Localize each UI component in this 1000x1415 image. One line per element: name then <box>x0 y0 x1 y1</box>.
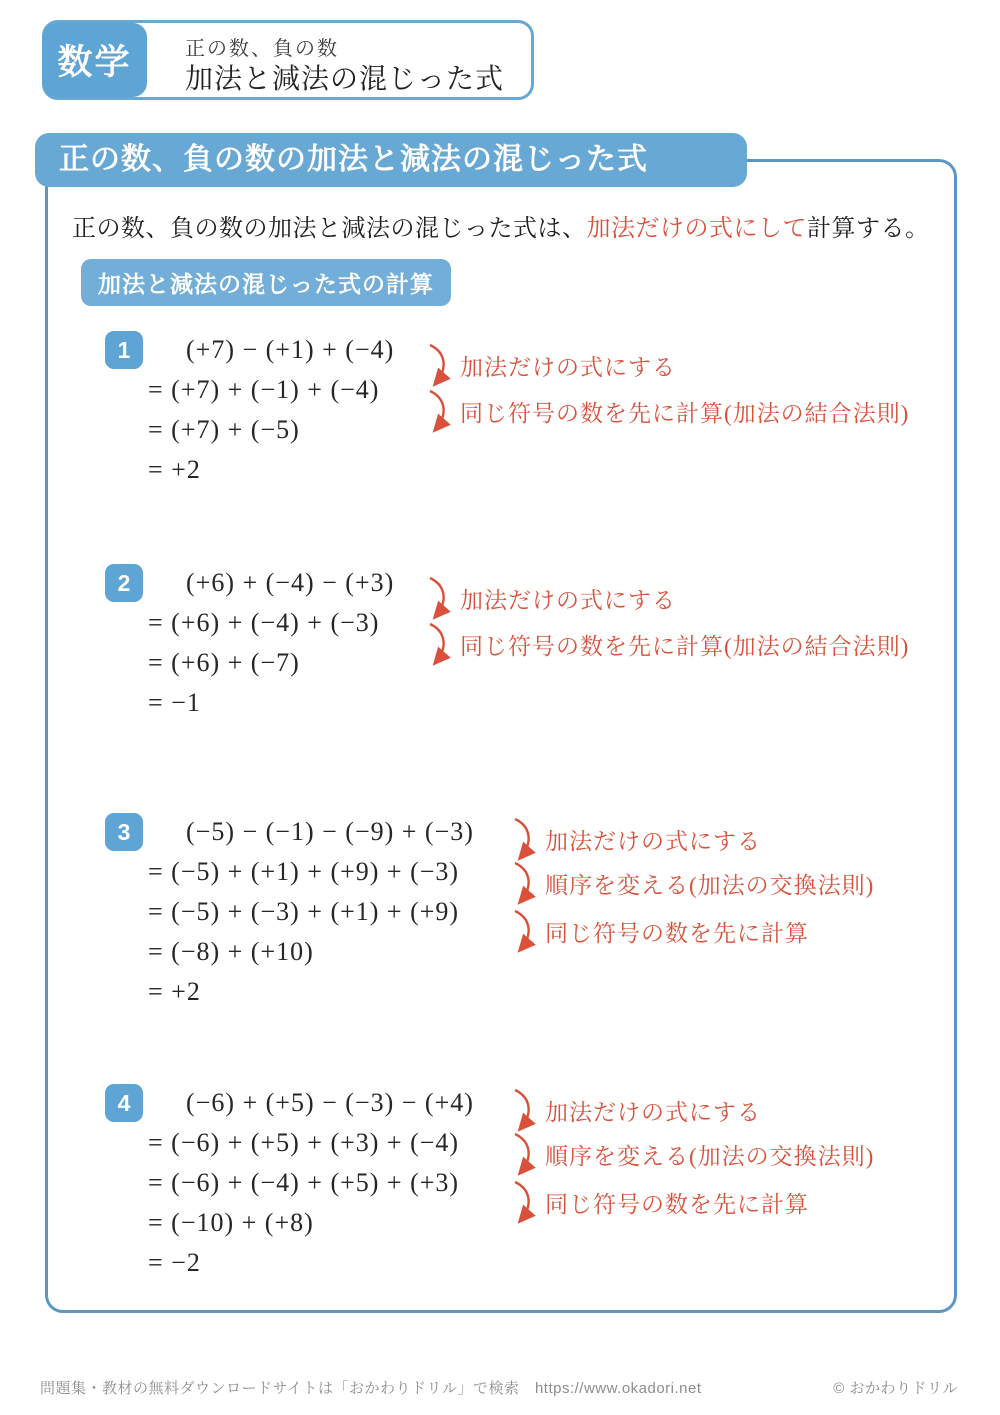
subject-badge: 数学 <box>42 23 147 97</box>
example-number-badge: 3 <box>105 813 143 851</box>
equation-line: = (−6) + (−4) + (+5) + (+3) <box>148 1163 474 1203</box>
equation-line: = +2 <box>148 972 474 1012</box>
example-number-badge: 2 <box>105 564 143 602</box>
equation-block: (+6) + (−4) − (+3) = (+6) + (−4) + (−3) … <box>148 563 394 723</box>
footer-site-info: 問題集・教材の無料ダウンロードサイトは「おかわりドリル」で検索 https://… <box>40 1377 702 1398</box>
footer-copyright: © おかわりドリル <box>833 1377 958 1398</box>
annotation-text: 加法だけの式にする <box>545 823 761 856</box>
equation-block: (−5) − (−1) − (−9) + (−3) = (−5) + (+1) … <box>148 812 474 1012</box>
annotation-text: 同じ符号の数を先に計算(加法の結合法則) <box>460 395 909 428</box>
equation-line: = (+6) + (−4) + (−3) <box>148 603 394 643</box>
equation-block: (+7) − (+1) + (−4) = (+7) + (−1) + (−4) … <box>148 330 394 490</box>
curve-arrow-icon <box>508 860 538 906</box>
curve-arrow-icon <box>423 388 453 434</box>
equation-line: = (−10) + (+8) <box>148 1203 474 1243</box>
section-label: 加法と減法の混じった式の計算 <box>81 259 451 306</box>
annotation-text: 同じ符号の数を先に計算(加法の結合法則) <box>460 628 909 661</box>
annotation: 順序を変える(加法の交換法則) <box>508 860 874 906</box>
equation-line: = (+6) + (−7) <box>148 643 394 683</box>
intro-prefix: 正の数、負の数の加法と減法の混じった式は、 <box>72 216 587 242</box>
annotation: 加法だけの式にする <box>508 816 761 862</box>
curve-arrow-icon <box>508 816 538 862</box>
annotation-text: 加法だけの式にする <box>460 582 676 615</box>
equation-line: = (−5) + (−3) + (+1) + (+9) <box>148 892 474 932</box>
annotation: 加法だけの式にする <box>508 1087 761 1133</box>
annotation: 同じ符号の数を先に計算(加法の結合法則) <box>423 621 909 667</box>
example-3: 3 (−5) − (−1) − (−9) + (−3) = (−5) + (+1… <box>48 812 954 1022</box>
annotation-text: 同じ符号の数を先に計算 <box>545 915 809 948</box>
equation-line: = (+7) + (−1) + (−4) <box>148 370 394 410</box>
equation-line: = −2 <box>148 1243 474 1283</box>
equation-line: = −1 <box>148 683 394 723</box>
footer: 問題集・教材の無料ダウンロードサイトは「おかわりドリル」で検索 https://… <box>40 1377 958 1398</box>
curve-arrow-icon <box>423 621 453 667</box>
example-number-badge: 1 <box>105 331 143 369</box>
annotation: 同じ符号の数を先に計算(加法の結合法則) <box>423 388 909 434</box>
intro-highlight: 加法だけの式にして <box>587 216 808 242</box>
curve-arrow-icon <box>508 1179 538 1225</box>
lesson-title: 加法と減法の混じった式 <box>185 57 504 97</box>
equation-line: (−6) + (+5) − (−3) − (+4) <box>148 1083 474 1123</box>
worksheet-page: 正の数、負の数 加法と減法の混じった式 数学 正の数、負の数の加法と減法の混じっ… <box>0 0 1000 1415</box>
equation-line: = (−5) + (+1) + (+9) + (−3) <box>148 852 474 892</box>
example-4: 4 (−6) + (+5) − (−3) − (+4) = (−6) + (+5… <box>48 1083 954 1293</box>
page-title: 正の数、負の数の加法と減法の混じった式 <box>35 133 747 187</box>
example-1: 1 (+7) − (+1) + (−4) = (+7) + (−1) + (−4… <box>48 330 954 540</box>
annotation-text: 加法だけの式にする <box>545 1094 761 1127</box>
intro-text: 正の数、負の数の加法と減法の混じった式は、加法だけの式にして計算する。 <box>72 208 930 243</box>
annotation-text: 順序を変える(加法の交換法則) <box>545 1138 874 1171</box>
equation-line: (−5) − (−1) − (−9) + (−3) <box>148 812 474 852</box>
annotation: 加法だけの式にする <box>423 342 676 388</box>
annotation-text: 加法だけの式にする <box>460 349 676 382</box>
content-box: 正の数、負の数の加法と減法の混じった式は、加法だけの式にして計算する。 加法と減… <box>45 159 957 1313</box>
annotation-text: 順序を変える(加法の交換法則) <box>545 867 874 900</box>
curve-arrow-icon <box>508 908 538 954</box>
curve-arrow-icon <box>423 575 453 621</box>
curve-arrow-icon <box>423 342 453 388</box>
equation-line: = (+7) + (−5) <box>148 410 394 450</box>
example-number-badge: 4 <box>105 1084 143 1122</box>
annotation: 同じ符号の数を先に計算 <box>508 1179 809 1225</box>
equation-block: (−6) + (+5) − (−3) − (+4) = (−6) + (+5) … <box>148 1083 474 1283</box>
example-2: 2 (+6) + (−4) − (+3) = (+6) + (−4) + (−3… <box>48 563 954 773</box>
equation-line: = +2 <box>148 450 394 490</box>
annotation-text: 同じ符号の数を先に計算 <box>545 1186 809 1219</box>
equation-line: = (−8) + (+10) <box>148 932 474 972</box>
equation-line: (+7) − (+1) + (−4) <box>148 330 394 370</box>
intro-suffix: 計算する。 <box>807 216 930 242</box>
curve-arrow-icon <box>508 1131 538 1177</box>
annotation: 順序を変える(加法の交換法則) <box>508 1131 874 1177</box>
annotation: 同じ符号の数を先に計算 <box>508 908 809 954</box>
equation-line: (+6) + (−4) − (+3) <box>148 563 394 603</box>
equation-line: = (−6) + (+5) + (+3) + (−4) <box>148 1123 474 1163</box>
annotation: 加法だけの式にする <box>423 575 676 621</box>
curve-arrow-icon <box>508 1087 538 1133</box>
